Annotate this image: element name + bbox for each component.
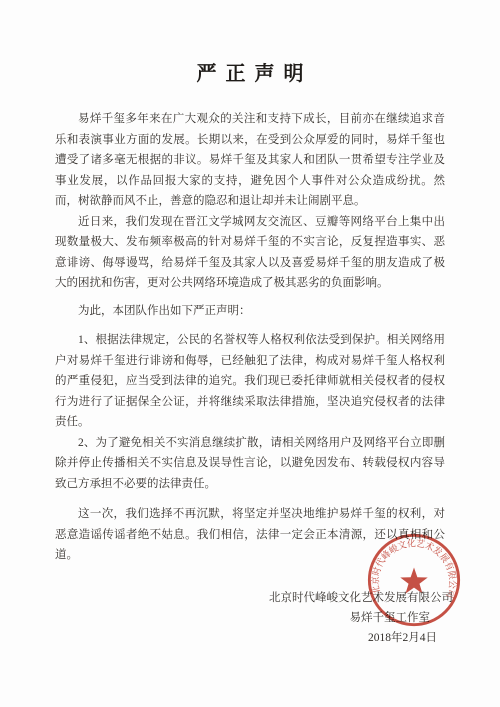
signature-date: 2018年2月4日 bbox=[0, 628, 453, 648]
statement-declaration-intro: 为此，本团队作出如下严正声明： bbox=[55, 301, 445, 322]
signature-studio: 易烊千玺工作室 bbox=[0, 608, 453, 628]
statement-paragraph-1: 易烊千玺多年来在广大观众的关注和支持下成长，目前亦在继续追求音乐和表演事业方面的… bbox=[55, 109, 445, 212]
statement-paragraph-2: 近日来，我们发现在晋江文学城网友交流区、豆瓣等网络平台上集中出现数量极大、发布频… bbox=[55, 212, 445, 294]
statement-title: 严正声明 bbox=[0, 61, 500, 87]
statement-document-page: 严正声明 易烊千玺多年来在广大观众的关注和支持下成长，目前亦在继续追求音乐和表演… bbox=[0, 0, 500, 707]
statement-item-1: 1、根据法律规定，公民的名誉权等人格权利依法受到保护。相关网络用户对易烊千玺进行… bbox=[55, 330, 445, 433]
statement-item-2: 2、为了避免相关不实消息继续扩散，请相关网络用户及网络平台立即删除并停止传播相关… bbox=[55, 433, 445, 495]
signature-company: 北京时代峰峻文化艺术发展有限公司 bbox=[0, 588, 453, 608]
statement-closing-paragraph: 这一次，我们选择不再沉默，将坚定并坚决地维护易烊千玺的权利，对恶意造谣传谣者绝不… bbox=[55, 504, 445, 566]
statement-body: 易烊千玺多年来在广大观众的关注和支持下成长，目前亦在继续追求音乐和表演事业方面的… bbox=[55, 109, 445, 566]
signature-block: 北京时代峰峻文化艺术发展有限公司 易烊千玺工作室 2018年2月4日 bbox=[0, 588, 453, 648]
